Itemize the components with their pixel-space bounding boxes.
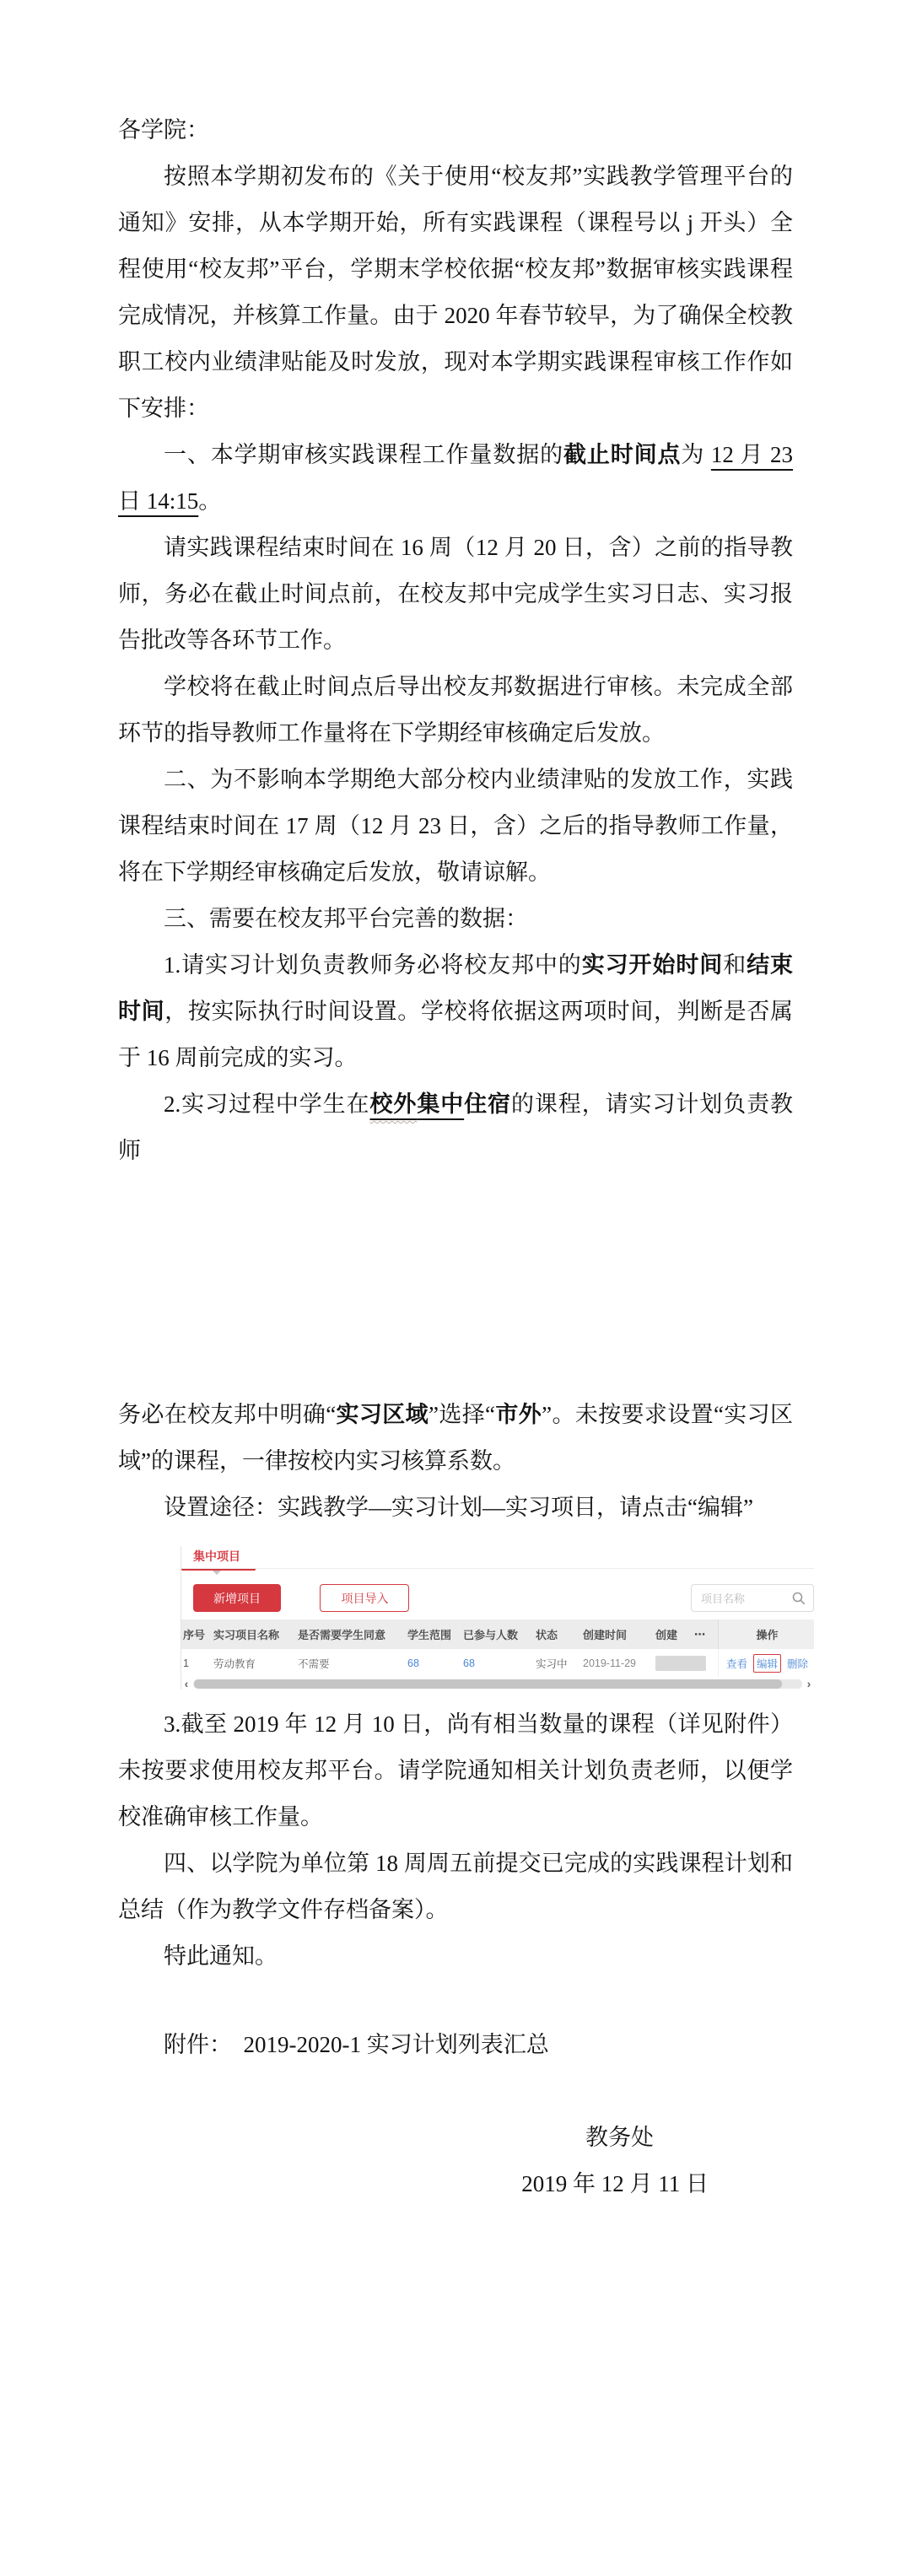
paragraph-third-item: 三、需要在校友邦平台完善的数据： xyxy=(118,896,793,942)
row-joined-count-link[interactable]: 68 xyxy=(463,1657,475,1669)
row-created-time: 2019-11-29 xyxy=(581,1649,654,1677)
document-page: 各学院： 按照本学期初发布的《关于使用“校友邦”实践教学管理平台的通知》安排，从… xyxy=(0,0,911,2576)
deadline-end: 。 xyxy=(198,488,221,514)
paragraph-setup-path: 设置途径：实践教学—实习计划—实习项目，请点击“编辑” xyxy=(118,1485,793,1531)
view-link[interactable]: 查看 xyxy=(726,1656,747,1671)
toolbar: 新增项目 项目导入 xyxy=(181,1584,814,1613)
row-student-scope-link[interactable]: 68 xyxy=(407,1657,419,1669)
paragraph-sub-item2: 2.实习过程中学生在校外集中住宿的课程，请实习计划负责教师 xyxy=(118,1081,793,1174)
deadline-pre: 一、本学期审核实践课程工作量数据的 xyxy=(164,442,563,467)
scroll-right-icon[interactable]: › xyxy=(804,1679,814,1689)
col-actions: 操作 xyxy=(718,1619,814,1649)
col-index: 序号 xyxy=(181,1619,212,1649)
scrollbar-thumb[interactable] xyxy=(194,1679,782,1689)
row-actions: 查看 编辑 删除 xyxy=(718,1649,814,1677)
start-time-bold: 实习开始时间 xyxy=(582,952,723,978)
col-joined-count: 已参与人数 xyxy=(461,1619,534,1649)
search-icon[interactable] xyxy=(791,1591,806,1606)
paragraph-export-audit: 学校将在截止时间点后导出校友邦数据进行审核。未完成全部环节的指导教师工作量将在下… xyxy=(118,664,793,757)
paragraph-fourth-item: 四、以学院为单位第 18 周周五前提交已完成的实践课程计划和总结（作为教学文件存… xyxy=(118,1840,793,1933)
project-search-box xyxy=(691,1584,814,1612)
col-created-time: 创建时间 xyxy=(581,1619,654,1649)
row-creator-redacted-wrap xyxy=(654,1649,718,1677)
col-status: 状态 xyxy=(534,1619,581,1649)
row-project-name: 劳动教育 xyxy=(212,1649,296,1677)
region-bold: 实习区域 xyxy=(336,1402,429,1427)
row-status: 实习中 xyxy=(534,1649,581,1677)
delete-link[interactable]: 删除 xyxy=(787,1656,808,1671)
col-consent: 是否需要学生同意 xyxy=(296,1619,406,1649)
col-creator: 创建 xyxy=(654,1619,693,1649)
edit-link-highlighted[interactable]: 编辑 xyxy=(753,1654,781,1673)
paragraph-intro: 按照本学期初发布的《关于使用“校友邦”实践教学管理平台的通知》安排，从本学期开始… xyxy=(118,154,793,432)
paragraph-sub-item2-continued: 务必在校友邦中明确“实习区域”选择“市外”。未按要求设置“实习区域”的课程，一律… xyxy=(118,1392,793,1485)
salutation: 各学院： xyxy=(118,107,793,154)
search-input[interactable] xyxy=(699,1586,790,1612)
scroll-left-icon[interactable]: ‹ xyxy=(181,1679,191,1689)
row-consent: 不需要 xyxy=(296,1649,406,1677)
lodging-bold: 住宿 xyxy=(464,1091,511,1117)
offcampus-bold-underline: 校外集中 xyxy=(369,1091,464,1117)
import-project-button[interactable]: 项目导入 xyxy=(320,1584,409,1612)
attachment-line: 附件： 2019-2020-1 实习计划列表汇总 xyxy=(118,2022,793,2068)
outside-city-bold: 市外 xyxy=(495,1402,542,1427)
paragraph-sub-item1: 1.请实习计划负责教师务必将校友邦中的实习开始时间和结束时间，按实际执行时间设置… xyxy=(118,942,793,1081)
col-student-scope: 学生范围 xyxy=(406,1619,461,1649)
page-break-gap xyxy=(118,1174,793,1392)
paragraph-before-week16: 请实践课程结束时间在 16 周（12 月 20 日，含）之前的指导教师，务必在截… xyxy=(118,525,793,664)
add-project-button[interactable]: 新增项目 xyxy=(193,1584,281,1612)
tab-bar: 集中项目 xyxy=(181,1546,814,1569)
tab-caret-icon xyxy=(213,1571,221,1575)
table-row: 1 劳动教育 不需要 68 68 实习中 2019-11-29 查看 编辑 删除 xyxy=(181,1649,814,1677)
paragraph-notice: 特此通知。 xyxy=(118,1933,793,1980)
scrollbar-track[interactable] xyxy=(193,1679,802,1689)
signature-date: 2019 年 12 月 11 日 xyxy=(118,2161,793,2207)
row-index: 1 xyxy=(181,1649,212,1677)
platform-screenshot: 集中项目 新增项目 项目导入 序号 实习项目名称 是 xyxy=(120,1546,814,1689)
signature-office: 教务处 xyxy=(118,2115,793,2161)
tab-centralized-project[interactable]: 集中项目 xyxy=(193,1548,240,1565)
table-header: 序号 实习项目名称 是否需要学生同意 学生范围 已参与人数 状态 创建时间 创建… xyxy=(181,1619,814,1649)
col-project-name: 实习项目名称 xyxy=(212,1619,296,1649)
paragraph-sub-item3: 3.截至 2019 年 12 月 10 日，尚有相当数量的课程（详见附件）未按要… xyxy=(118,1701,793,1840)
paragraph-second-item: 二、为不影响本学期绝大部分校内业绩津贴的发放工作，实践课程结束时间在 17 周（… xyxy=(118,757,793,896)
deadline-bold: 截止时间点 xyxy=(563,442,681,467)
platform-content: 集中项目 新增项目 项目导入 序号 实习项目名称 是 xyxy=(181,1546,814,1689)
col-more-icon: ⋯ xyxy=(693,1619,718,1649)
row-creator-redacted xyxy=(655,1656,706,1671)
tab-baseline xyxy=(181,1568,814,1569)
paragraph-deadline: 一、本学期审核实践课程工作量数据的截止时间点为 12 月 23 日 14:15。 xyxy=(118,432,793,525)
deadline-mid: 为 xyxy=(681,442,711,467)
horizontal-scrollbar[interactable]: ‹ › xyxy=(181,1679,814,1689)
